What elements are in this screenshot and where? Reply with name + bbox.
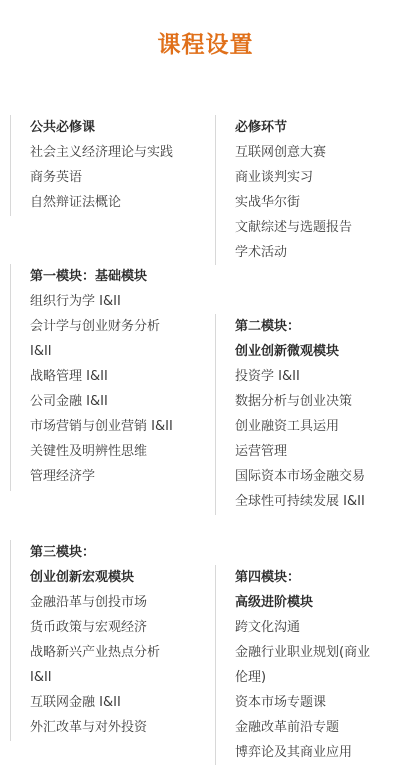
course-item: I&II xyxy=(30,339,205,364)
block-heading: 第一模块：基础模块 xyxy=(30,264,205,289)
course-item: 文献综述与选题报告 xyxy=(235,215,411,240)
course-item: 自然辩证法概论 xyxy=(30,190,205,215)
course-item: 学术活动 xyxy=(235,240,411,265)
course-block-required-sessions: 必修环节 互联网创意大赛 商业谈判实习 实战华尔街 文献综述与选题报告 学术活动 xyxy=(215,115,411,265)
course-block-module-4: 第四模块： 高级进阶模块 跨文化沟通 金融行业职业规划(商业 伦理) 资本市场专… xyxy=(215,565,411,765)
block-heading: 第三模块： xyxy=(30,540,205,565)
course-item: 资本市场专题课 xyxy=(235,690,411,715)
course-item: 运营管理 xyxy=(235,439,411,464)
course-item: 商务英语 xyxy=(30,165,205,190)
course-item: 公司金融 I&II xyxy=(30,389,205,414)
block-heading: 第二模块： xyxy=(235,314,411,339)
course-item: 数据分析与创业决策 xyxy=(235,389,411,414)
course-item: 管理经济学 xyxy=(30,464,205,489)
course-block-module-2: 第二模块： 创业创新微观模块 投资学 I&II 数据分析与创业决策 创业融资工具… xyxy=(215,314,411,515)
block-heading: 公共必修课 xyxy=(30,115,205,140)
course-item: 金融沿革与创投市场 xyxy=(30,590,205,615)
block-subheading: 创业创新微观模块 xyxy=(235,339,411,364)
course-item: 货币政策与宏观经济 xyxy=(30,615,205,640)
block-heading: 必修环节 xyxy=(235,115,411,140)
course-item: 组织行为学 I&II xyxy=(30,289,205,314)
course-item: 跨文化沟通 xyxy=(235,615,411,640)
course-item: 会计学与创业财务分析 xyxy=(30,314,205,339)
course-item: 互联网创意大赛 xyxy=(235,140,411,165)
course-item: 关键性及明辨性思维 xyxy=(30,439,205,464)
course-item: 战略管理 I&II xyxy=(30,364,205,389)
course-item: 社会主义经济理论与实践 xyxy=(30,140,205,165)
course-item: 伦理) xyxy=(235,665,411,690)
course-item: 创业融资工具运用 xyxy=(235,414,411,439)
block-subheading: 创业创新宏观模块 xyxy=(30,565,205,590)
course-item: 市场营销与创业营销 I&II xyxy=(30,414,205,439)
page-title: 课程设置 xyxy=(0,26,411,59)
course-item: I&II xyxy=(30,665,205,690)
course-item: 战略新兴产业热点分析 xyxy=(30,640,205,665)
block-heading: 第四模块： xyxy=(235,565,411,590)
course-item: 实战华尔街 xyxy=(235,190,411,215)
course-item: 博弈论及其商业应用 xyxy=(235,740,411,765)
course-block-public-required: 公共必修课 社会主义经济理论与实践 商务英语 自然辩证法概论 xyxy=(10,115,205,216)
course-item: 商业谈判实习 xyxy=(235,165,411,190)
course-item: 投资学 I&II xyxy=(235,364,411,389)
course-item: 全球性可持续发展 I&II xyxy=(235,489,411,514)
course-item: 互联网金融 I&II xyxy=(30,690,205,715)
course-item: 金融行业职业规划(商业 xyxy=(235,640,411,665)
course-item: 国际资本市场金融交易 xyxy=(235,464,411,489)
course-block-module-3: 第三模块： 创业创新宏观模块 金融沿革与创投市场 货币政策与宏观经济 战略新兴产… xyxy=(10,540,205,741)
block-subheading: 高级进阶模块 xyxy=(235,590,411,615)
course-item: 金融改革前沿专题 xyxy=(235,715,411,740)
course-block-module-1: 第一模块：基础模块 组织行为学 I&II 会计学与创业财务分析 I&II 战略管… xyxy=(10,264,205,491)
course-item: 外汇改革与对外投资 xyxy=(30,715,205,740)
